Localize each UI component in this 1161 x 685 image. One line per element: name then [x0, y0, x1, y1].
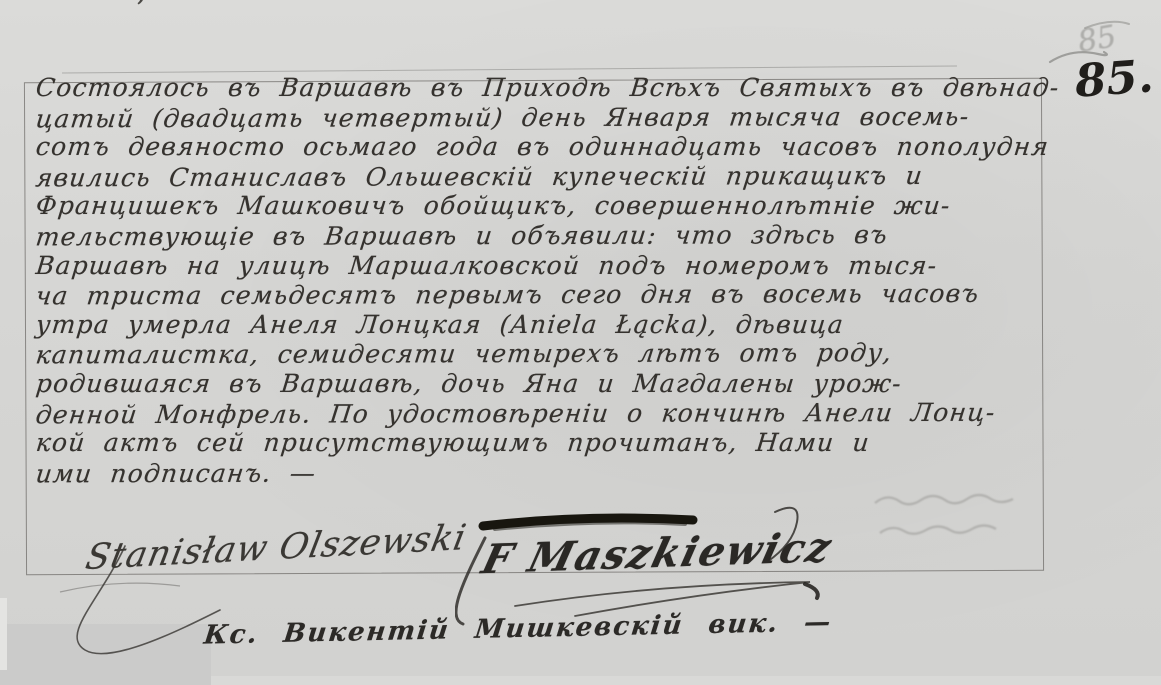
- handwritten-line-5: Францишекъ Машковичъ обойщикъ, совершенн…: [34, 191, 1047, 221]
- scan-edge-block: [0, 624, 211, 685]
- scan-edge-strip: [0, 598, 7, 670]
- record-number: 85.: [1073, 49, 1155, 107]
- handwritten-line-8: ча триста семьдесятъ первымъ сего дня въ…: [34, 279, 1048, 311]
- handwritten-line-9: утра умерла Анеля Лонцкая (Aniela Łącka)…: [34, 310, 1047, 340]
- handwritten-line-3: сотъ девяносто осьмаго года въ одиннадца…: [34, 132, 1047, 162]
- scan-bottom-strip: [211, 676, 1161, 685]
- handwritten-line-2: цатый (двадцать четвертый) день Января т…: [34, 101, 1048, 133]
- handwritten-line-7: Варшавѣ на улицѣ Маршалковской подъ номе…: [34, 251, 1047, 281]
- handwritten-line-10: капиталистка, семидесяти четырехъ лѣтъ о…: [34, 338, 1048, 370]
- handwritten-line-4: явились Станиславъ Ольшевскій купеческій…: [34, 160, 1048, 192]
- scanned-register-page: ’ 85 85. Состоялось въ Варшавѣ въ Приход…: [0, 0, 1161, 685]
- handwritten-line-6: тельствующіе въ Варшавѣ и объявили: что …: [34, 220, 1048, 252]
- handwritten-line-11: родившаяся въ Варшавѣ, дочь Яна и Магдал…: [34, 369, 1047, 399]
- stray-ink-mark: ’: [136, 0, 146, 27]
- signature-priest: Кс. Викентій Мишкевскій вик. —: [202, 607, 834, 650]
- handwritten-line-14: ими подписанъ. —: [34, 456, 1048, 488]
- act-body-text: Состоялось въ Варшавѣ въ Приходѣ Всѣхъ С…: [36, 73, 1046, 487]
- signature-maszkiewicz: F Maszkiewicz: [477, 524, 837, 584]
- handwritten-line-1: Состоялось въ Варшавѣ въ Приходѣ Всѣхъ С…: [34, 73, 1047, 103]
- handwritten-line-12: денной Монфрель. По удостовѣреніи о конч…: [34, 397, 1048, 429]
- handwritten-line-13: кой актъ сей присутствующимъ прочитанъ, …: [34, 428, 1047, 458]
